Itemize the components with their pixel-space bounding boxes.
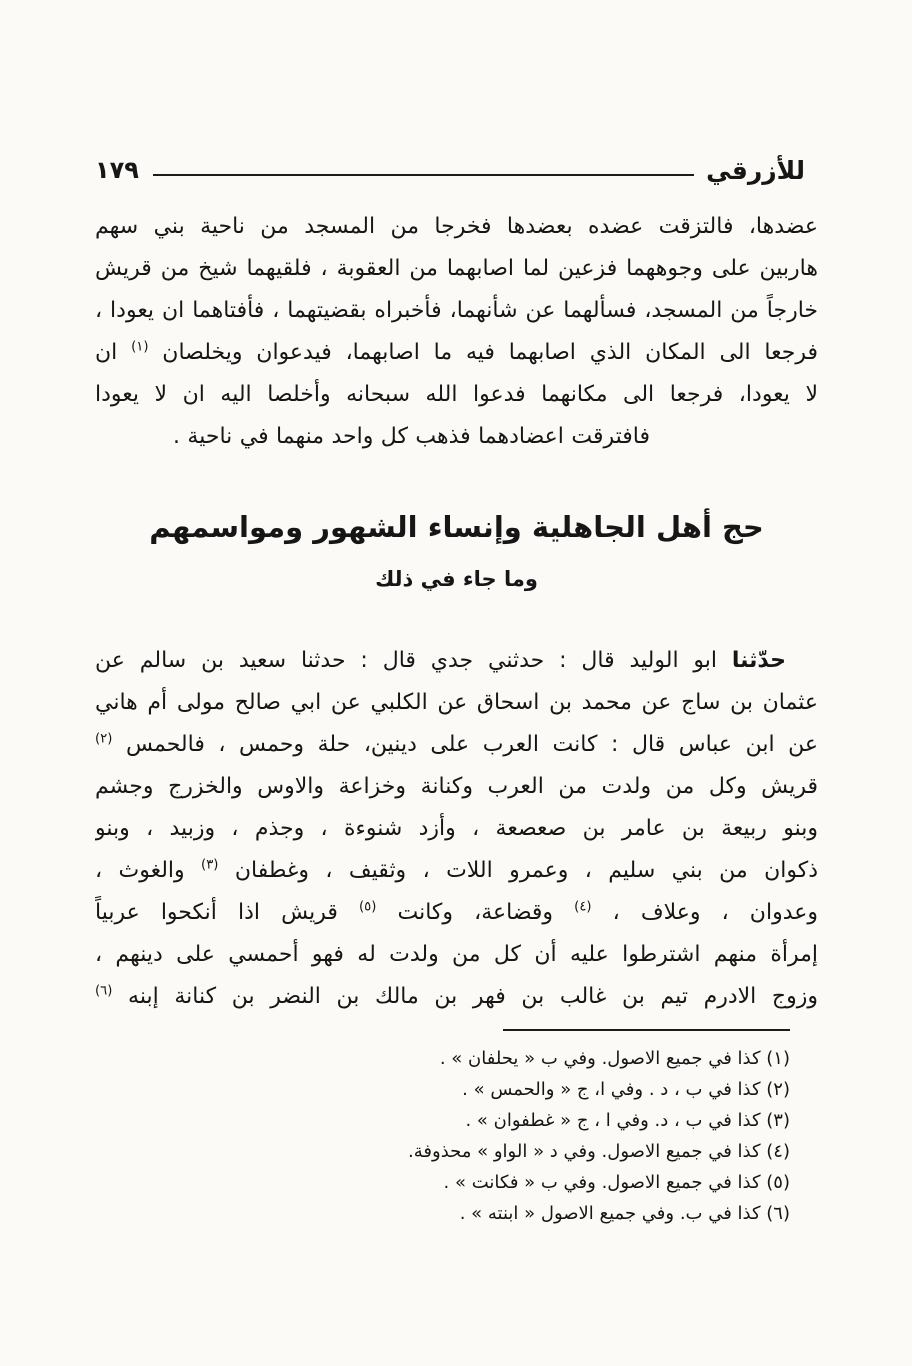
text-line: هاربين على وجوههما فزعين لما اصابهما من …: [95, 248, 818, 290]
text-line: لا يعودا، فرجعا الى مكانهما فدعوا الله س…: [95, 374, 818, 416]
text-line: ذكوان من بني سليم ، وعمرو اللات ، وثقيف …: [95, 850, 818, 892]
text-line: حدّثنا ابو الوليد قال : حدثني جدي قال : …: [95, 640, 818, 682]
footnote-3: (٣) كذا في ب ، د. وفي ا ، ج « غطفوان » .: [95, 1105, 790, 1136]
footnote-6: (٦) كذا في ب. وفي جميع الاصول « ابنته » …: [95, 1198, 790, 1229]
footnote-separator: [503, 1029, 790, 1031]
text-line: عضدها، فالتزقت عضده بعضدها فخرجا من المس…: [95, 206, 818, 248]
footnote-4: (٤) كذا في جميع الاصول. وفي د « الواو » …: [95, 1136, 790, 1167]
section-subtitle: وما جاء في ذلك: [95, 563, 818, 596]
text-line: فافترقت اعضادهما فذهب كل واحد منهما في ن…: [95, 416, 818, 458]
text-line: وزوج الادرم تيم بن غالب بن فهر بن مالك ب…: [95, 976, 818, 1018]
text-line: إمرأة منهم اشترطوا عليه أن كل من ولدت له…: [95, 934, 818, 976]
text-line: عن ابن عباس قال : كانت العرب على دينين، …: [95, 724, 818, 766]
header-rule: [153, 174, 694, 176]
footnote-2: (٢) كذا في ب ، د . وفي ا، ج « والحمس » .: [95, 1074, 790, 1105]
isnad-lead-word: حدّثنا: [732, 648, 786, 673]
text-line: وبنو ربيعة بن عامر بن صعصعة ، وأزد شنوءة…: [95, 808, 818, 850]
text-line: عثمان بن ساج عن محمد بن اسحاق عن الكلبي …: [95, 682, 818, 724]
footnotes: (١) كذا في جميع الاصول. وفي ب « يحلفان »…: [95, 1043, 818, 1229]
text-segment: ابو الوليد قال : حدثني جدي قال : حدثنا س…: [95, 648, 717, 673]
text-line: فرجعا الى المكان الذي اصابهما فيه ما اصا…: [95, 332, 818, 374]
page-header: للأزرقي ١٧٩: [95, 150, 818, 190]
text-line: قريش وكل من ولدت من العرب وكنانة وخزاعة …: [95, 766, 818, 808]
footnote-1: (١) كذا في جميع الاصول. وفي ب « يحلفان »…: [95, 1043, 790, 1074]
footnote-5: (٥) كذا في جميع الاصول. وفي ب « فكانت » …: [95, 1167, 790, 1198]
text-line: خارجاً من المسجد، فسألهما عن شأنهما، فأخ…: [95, 290, 818, 332]
running-title: للأزرقي: [706, 156, 805, 185]
paragraph-2: حدّثنا ابو الوليد قال : حدثني جدي قال : …: [95, 640, 818, 1018]
text-line: وعدوان ، وعلاف ، (٤) وقضاعة، وكانت (٥) ق…: [95, 892, 818, 934]
section-title: حج أهل الجاهلية وإنساء الشهور ومواسمهم: [95, 504, 818, 550]
page-number: ١٧٩: [95, 156, 139, 184]
paragraph-1: عضدها، فالتزقت عضده بعضدها فخرجا من المس…: [95, 206, 818, 458]
book-page: للأزرقي ١٧٩ عضدها، فالتزقت عضده بعضدها ف…: [0, 0, 912, 1366]
